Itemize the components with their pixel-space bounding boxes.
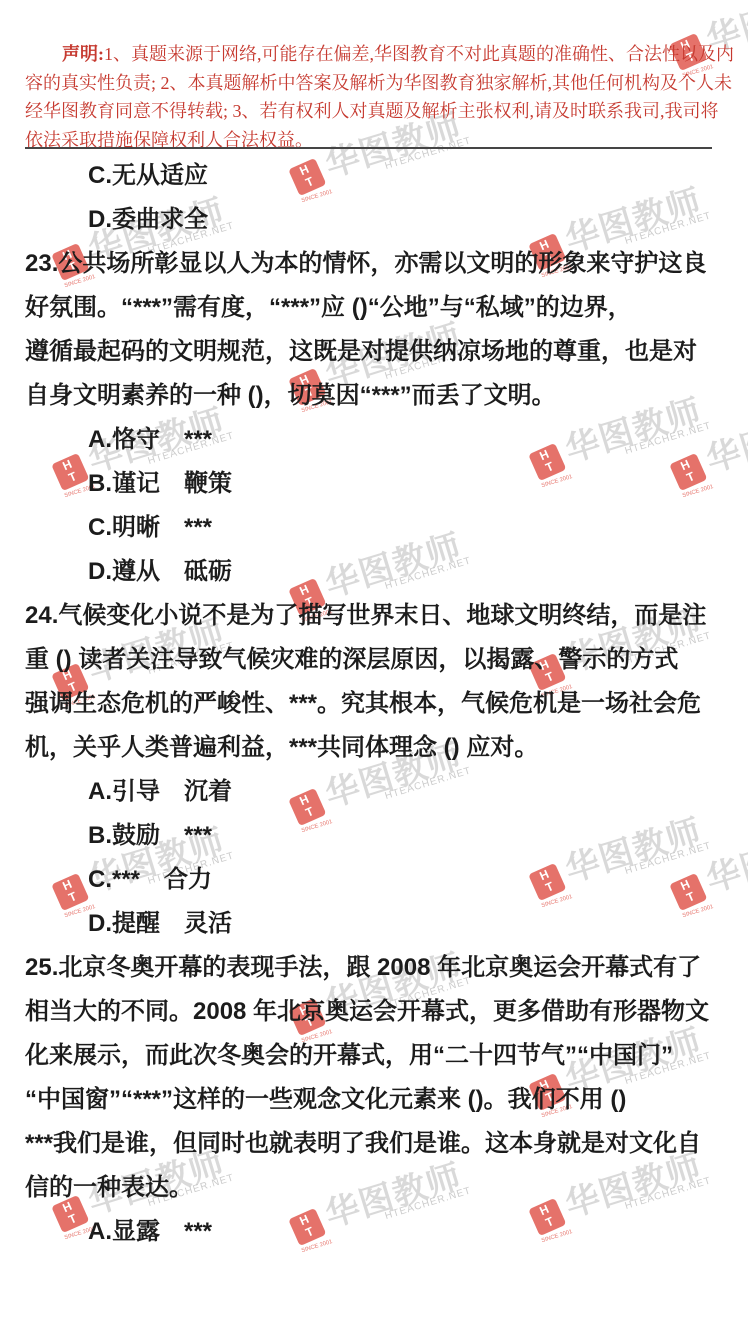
question-24-line: 机，关乎人类普遍利益，***共同体理念 () 应对。 bbox=[25, 726, 725, 770]
question-23-line: 23.公共场所彰显以人为本的情怀，亦需以文明的形象来守护这良 bbox=[25, 242, 725, 286]
option-line: A.引导 沉着 bbox=[25, 770, 725, 814]
disclaimer-label: 声明: bbox=[62, 44, 104, 64]
question-25-line: 信的一种表达。 bbox=[25, 1166, 725, 1210]
question-23-line: 遵循最起码的文明规范，这既是对提供纳凉场地的尊重，也是对 bbox=[25, 330, 725, 374]
question-24-line: 重 () 读者关注导致气候灾难的深层原因，以揭露、警示的方式 bbox=[25, 638, 725, 682]
disclaimer-line: 依法采取措施保障权利人合法权益。 bbox=[25, 126, 717, 155]
question-list: C.无从适应 D.委曲求全 23.公共场所彰显以人为本的情怀，亦需以文明的形象来… bbox=[25, 154, 725, 1254]
option-line: A.显露 *** bbox=[25, 1210, 725, 1254]
option-line: D.遵从 砥砺 bbox=[25, 550, 725, 594]
option-line: B.谨记 鞭策 bbox=[25, 462, 725, 506]
question-25-line: 相当大的不同。2008 年北京奥运会开幕式，更多借助有形器物文 bbox=[25, 990, 725, 1034]
option-line: C.无从适应 bbox=[25, 154, 725, 198]
disclaimer-line: 声明:1、真题来源于网络,可能存在偏差,华图教育不对此真题的准确性、合法性以及内 bbox=[25, 40, 717, 69]
question-24-line: 24.气候变化小说不是为了描写世界末日、地球文明终结，而是注 bbox=[25, 594, 725, 638]
question-25-line: “中国窗”“***”这样的一些观念文化元素来 ()。我们不用 () bbox=[25, 1078, 725, 1122]
option-line: C.明晰 *** bbox=[25, 506, 725, 550]
exam-page: HTSINCE 2001华图教师HTEACHER.NETHTSINCE 2001… bbox=[0, 0, 748, 1334]
disclaimer: 声明:1、真题来源于网络,可能存在偏差,华图教育不对此真题的准确性、合法性以及内… bbox=[25, 40, 717, 154]
option-line: A.恪守 *** bbox=[25, 418, 725, 462]
disclaimer-text: 1、真题来源于网络,可能存在偏差,华图教育不对此真题的准确性、合法性以及内 bbox=[104, 44, 734, 64]
option-line: D.提醒 灵活 bbox=[25, 902, 725, 946]
disclaimer-line: 经华图教育同意不得转载; 3、若有权利人对真题及解析主张权利,请及时联系我司,我… bbox=[25, 97, 717, 126]
option-line: B.鼓励 *** bbox=[25, 814, 725, 858]
question-24-line: 强调生态危机的严峻性、***。究其根本，气候危机是一场社会危 bbox=[25, 682, 725, 726]
option-line: D.委曲求全 bbox=[25, 198, 725, 242]
divider bbox=[25, 147, 712, 149]
question-23-line: 好氛围。“***”需有度，“***”应 ()“公地”与“私域”的边界， bbox=[25, 286, 725, 330]
question-25-line: ***我们是谁，但同时也就表明了我们是谁。这本身就是对文化自 bbox=[25, 1122, 725, 1166]
option-line: C.*** 合力 bbox=[25, 858, 725, 902]
question-25-line: 25.北京冬奥开幕的表现手法，跟 2008 年北京奥运会开幕式有了 bbox=[25, 946, 725, 990]
question-23-line: 自身文明素养的一种 ()，切莫因“***”而丢了文明。 bbox=[25, 374, 725, 418]
disclaimer-line: 容的真实性负责; 2、本真题解析中答案及解析为华图教育独家解析,其他任何机构及个… bbox=[25, 69, 717, 98]
question-25-line: 化来展示，而此次冬奥会的开幕式，用“二十四节气”“中国门” bbox=[25, 1034, 725, 1078]
